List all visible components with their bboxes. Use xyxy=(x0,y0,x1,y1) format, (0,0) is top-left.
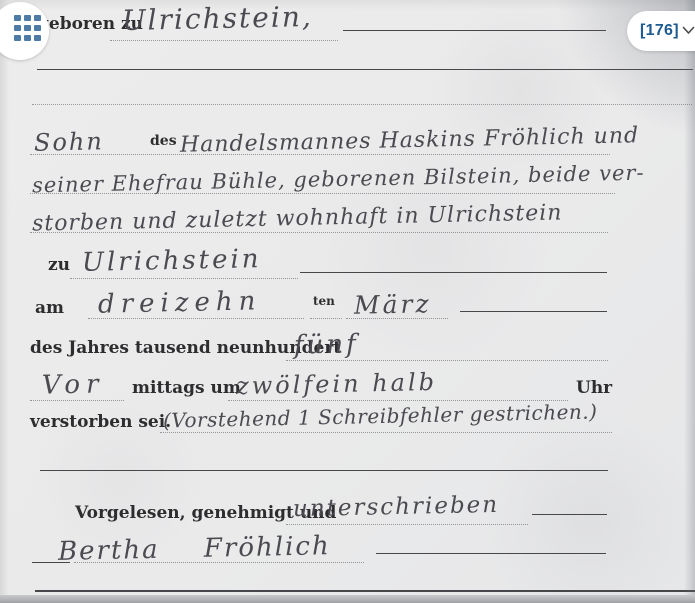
scanned-register-page: geboren zu Ulrichstein, Sohn des Handels… xyxy=(0,0,695,603)
vor-handwritten: Vor xyxy=(42,369,105,400)
dotted-fill-line xyxy=(310,318,342,319)
fill-line xyxy=(532,514,607,515)
mother-name-handwritten: seiner Ehefrau Bühle, geborenen Bilstein… xyxy=(32,161,645,198)
horizontal-rule xyxy=(37,69,693,70)
father-name-handwritten: Handelsmannes Haskins Fröhlich und xyxy=(180,123,640,158)
dotted-fill-line xyxy=(70,278,298,279)
uhr-printed-label: Uhr xyxy=(576,378,612,398)
horizontal-rule xyxy=(35,590,695,592)
fill-line xyxy=(376,553,606,554)
page-number-label: [176] xyxy=(640,22,679,40)
faint-rule xyxy=(32,104,692,105)
horizontal-rule xyxy=(40,470,608,471)
dotted-fill-line xyxy=(110,40,338,41)
death-time-handwritten: zwölfein halb xyxy=(236,368,438,400)
death-month-handwritten: März xyxy=(354,289,432,320)
dotted-fill-line xyxy=(160,432,612,433)
dotted-fill-line xyxy=(286,360,608,361)
died-printed-label: verstorben sei. xyxy=(30,412,171,432)
scan-edge-strip xyxy=(0,595,695,603)
mittags-printed-label: mittags um xyxy=(132,378,241,398)
des-printed-label: des xyxy=(150,133,177,149)
death-year-handwritten: fünf xyxy=(294,329,359,360)
am-printed-label: am xyxy=(35,298,64,318)
fill-line xyxy=(343,30,606,31)
ten-suffix-printed: ten xyxy=(313,294,335,308)
dotted-fill-line xyxy=(286,524,528,525)
fill-line xyxy=(300,272,607,273)
grid-icon xyxy=(14,15,41,47)
son-handwritten: Sohn xyxy=(34,127,104,156)
birthplace-handwritten: Ulrichstein, xyxy=(122,0,313,37)
death-day-handwritten: dreizehn xyxy=(98,286,262,319)
signature-handwritten: Bertha Fröhlich xyxy=(58,531,331,567)
fill-line xyxy=(460,311,607,312)
death-place-handwritten: Ulrichstein xyxy=(82,244,262,278)
correction-note-handwritten: (Vorstehend 1 Schreibfehler gestrichen.) xyxy=(163,399,598,432)
unterschrieben-handwritten: unterschrieben xyxy=(293,492,500,522)
page-number-badge[interactable]: [176] xyxy=(627,11,695,51)
chevron-down-icon xyxy=(682,22,695,40)
zu-printed-label: zu xyxy=(48,255,70,275)
grid-menu-button[interactable] xyxy=(0,2,49,60)
